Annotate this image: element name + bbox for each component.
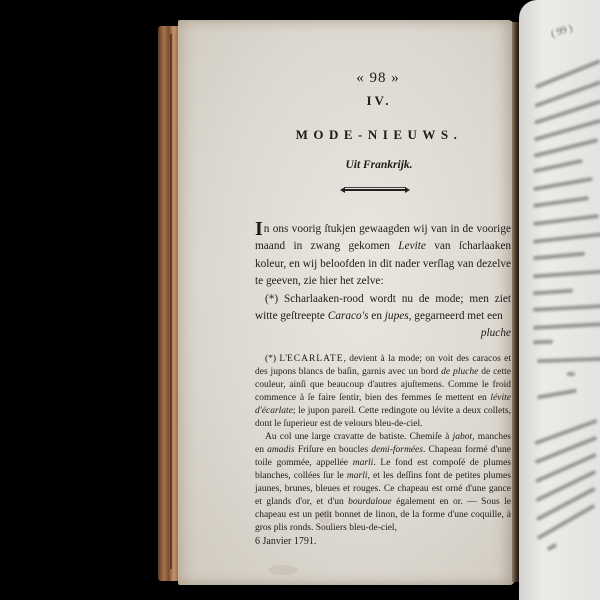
drop-cap: I xyxy=(255,221,263,238)
paper-stain xyxy=(268,565,298,575)
section-number: IV. xyxy=(247,93,511,109)
right-page: ( 99 ) xyxy=(519,0,600,600)
article-subtitle: Uit Frankrijk. xyxy=(247,159,511,171)
french-footnote: (*) L'ECARLATE, devient à la mode; on vo… xyxy=(255,353,511,548)
footnote-paragraph-2: Au col une large cravatte de batiste. Ch… xyxy=(255,431,511,535)
page-edge-shadow xyxy=(170,34,172,569)
footnote-date: 6 Janvier 1791. xyxy=(255,535,511,548)
footnote-paragraph-1: (*) L'ECARLATE, devient à la mode; on vo… xyxy=(255,353,511,431)
ornamental-rule xyxy=(340,187,410,193)
article-title: MODE-NIEUWS. xyxy=(247,127,511,143)
right-page-blurred-text xyxy=(527,0,600,600)
dutch-paragraph-1: In ons voorig ſtukjen gewaagden wij van … xyxy=(255,221,511,291)
left-page-content: « 98 » IV. MODE-NIEUWS. Uit Frankrijk. I… xyxy=(255,70,511,548)
dutch-body-text: In ons voorig ſtukjen gewaagden wij van … xyxy=(255,221,511,343)
catchword: pluche xyxy=(255,325,511,342)
page-number: « 98 » xyxy=(245,70,511,87)
dutch-paragraph-2: (*) Scharlaaken-rood wordt nu de mode; m… xyxy=(255,291,511,326)
